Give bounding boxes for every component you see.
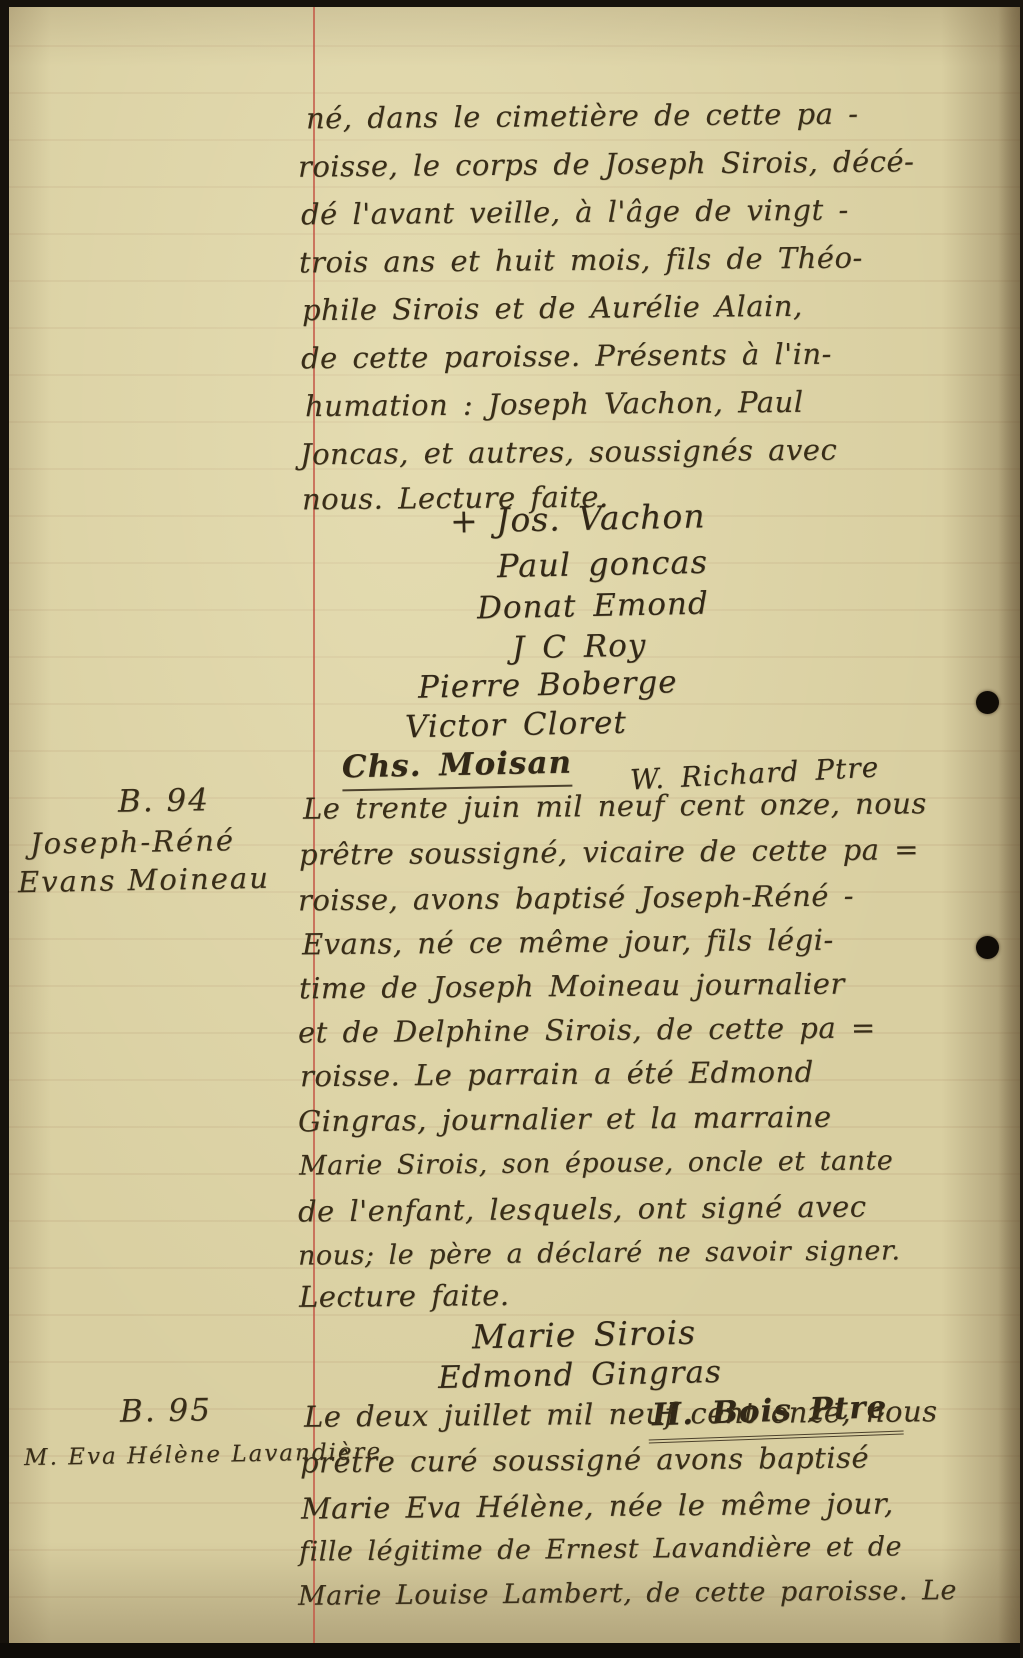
burial-joseph-sirois-continuation-signature-7: Chs. Moisan (342, 746, 573, 791)
baptism-b94-joseph-rene-evans-moineau-signature-1: Marie Sirois (472, 1314, 697, 1357)
baptism-b94-joseph-rene-evans-moineau-body-6: et de Delphine Sirois, de cette pa = (298, 1011, 876, 1049)
burial-joseph-sirois-continuation-signature-3: Donat Emond (477, 587, 709, 627)
baptism-b94-joseph-rene-evans-moineau-body-8: Gingras, journalier et la marraine (298, 1101, 832, 1139)
baptism-b94-joseph-rene-evans-moineau-body-10: de l'enfant, lesquels, ont signé avec (298, 1191, 867, 1229)
baptism-b95-marie-eva-helene-lavandiere-body-5: Marie Louise Lambert, de cette paroisse.… (298, 1575, 957, 1612)
baptism-b94-joseph-rene-evans-moineau-body-9: Marie Sirois, son épouse, oncle et tante (299, 1145, 894, 1181)
baptism-b94-joseph-rene-evans-moineau-body-5: time de Joseph Moineau journalier (299, 968, 845, 1006)
burial-joseph-sirois-continuation-body-2: roisse, le corps de Joseph Sirois, décé- (298, 145, 915, 184)
burial-joseph-sirois-continuation-body-4: trois ans et huit mois, fils de Théo- (299, 242, 863, 280)
burial-joseph-sirois-continuation-body-3: dé l'avant veille, à l'âge de vingt - (301, 194, 849, 232)
burial-joseph-sirois-continuation-signature-4: J C Roy (512, 629, 647, 667)
burial-joseph-sirois-continuation-body-8: Joncas, et autres, soussignés avec (300, 434, 838, 472)
baptism-b95-marie-eva-helene-lavandiere-body-3: Marie Eva Hélène, née le même jour, (301, 1487, 894, 1526)
baptism-b94-joseph-rene-evans-moineau-body-3: roisse, avons baptisé Joseph-Réné - (298, 880, 854, 918)
scanned-register-page: né, dans le cimetière de cette pa -roiss… (0, 0, 1023, 1658)
burial-joseph-sirois-continuation-body-5: phile Sirois et de Aurélie Alain, (302, 290, 803, 328)
burial-joseph-sirois-continuation-body-6: de cette paroisse. Présents à l'in- (301, 338, 832, 376)
burial-joseph-sirois-continuation-signature-2: Paul goncas (497, 544, 709, 585)
baptism-b95-marie-eva-helene-lavandiere-body-1: Le deux juillet mil neuf cent onze, nous (304, 1395, 938, 1434)
burial-joseph-sirois-continuation-body-7: humation : Joseph Vachon, Paul (305, 386, 804, 424)
burial-joseph-sirois-continuation-signature-1: + Jos. Vachon (450, 497, 706, 540)
baptism-b95-marie-eva-helene-lavandiere-body-2: prêtre curé soussigné avons baptisé (300, 1442, 869, 1480)
baptism-b94-joseph-rene-evans-moineau-body-7: roisse. Le parrain a été Edmond (300, 1056, 814, 1094)
burial-joseph-sirois-continuation-signature-6: Victor Cloret (405, 706, 628, 746)
page-edge-shading (998, 0, 1020, 1658)
burial-joseph-sirois-continuation-body-1: né, dans le cimetière de cette pa - (306, 98, 859, 136)
baptism-b94-joseph-rene-evans-moineau-body-12: Lecture faite. (299, 1279, 510, 1314)
scan-border-left (0, 0, 9, 1658)
baptism-b94-joseph-rene-evans-moineau-body-2: prêtre soussigné, vicaire de cette pa = (299, 833, 919, 872)
baptism-b94-joseph-rene-evans-moineau-margin-3: Evans Moineau (18, 862, 270, 900)
baptism-b94-joseph-rene-evans-moineau-body-11: nous; le père a déclaré ne savoir signer… (298, 1235, 901, 1271)
baptism-b94-joseph-rene-evans-moineau-margin-2: Joseph-Réné (30, 824, 236, 861)
baptism-b95-marie-eva-helene-lavandiere-body-4: fille légitime de Ernest Lavandière et d… (299, 1531, 902, 1567)
baptism-b94-joseph-rene-evans-moineau-signature-2: Edmond Gingras (438, 1355, 723, 1397)
burial-joseph-sirois-continuation-signature-5: Pierre Boberge (418, 665, 678, 706)
baptism-b94-joseph-rene-evans-moineau-body-1: Le trente juin mil neuf cent onze, nous (303, 787, 927, 826)
baptism-b95-marie-eva-helene-lavandiere-margin-1: B. 95 (120, 1393, 213, 1430)
hole-punch-1 (976, 691, 999, 714)
baptism-b94-joseph-rene-evans-moineau-body-4: Evans, né ce même jour, fils légi- (302, 924, 834, 962)
scan-border-bottom (0, 1643, 1023, 1658)
baptism-b94-joseph-rene-evans-moineau-margin-1: B. 94 (118, 783, 211, 820)
scan-border-top (0, 0, 1023, 7)
hole-punch-2 (976, 936, 999, 959)
